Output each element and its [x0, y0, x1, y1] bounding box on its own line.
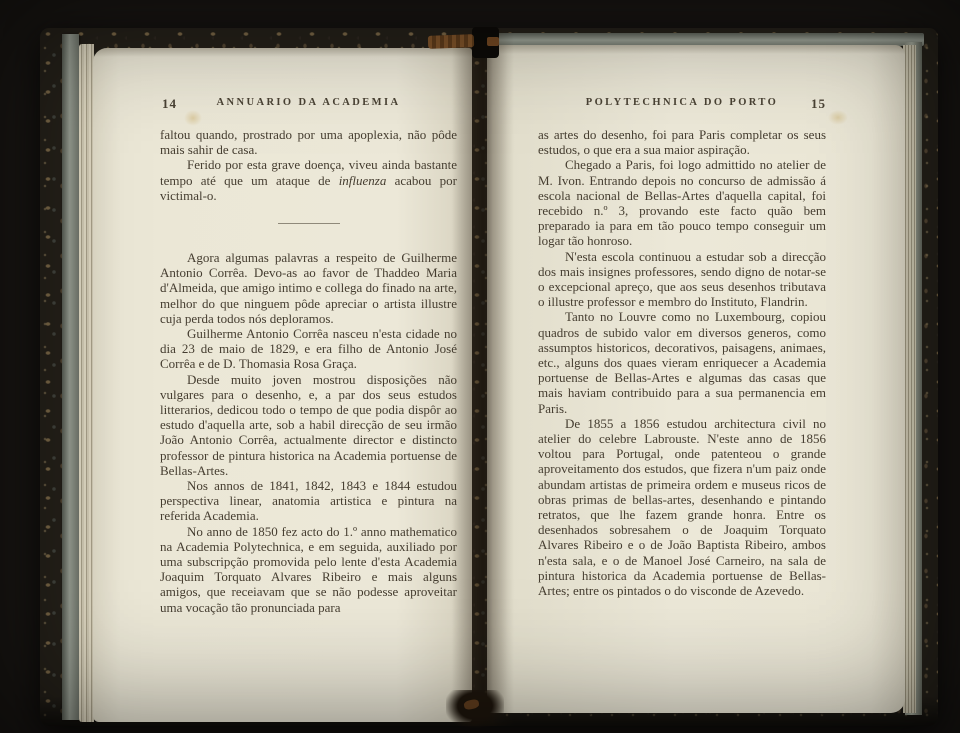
paragraph: No anno de 1850 fez acto do 1.º anno mat… [160, 524, 457, 615]
right-page: POLYTECHNICA DO PORTO 15 as artes do des… [487, 45, 905, 713]
paragraph: Tanto no Louvre como no Luxembourg, copi… [538, 309, 826, 415]
right-page-number: 15 [811, 96, 826, 112]
page-edge-stack-left [79, 44, 94, 722]
right-page-body: as artes do desenho, foi para Paris comp… [538, 127, 826, 598]
left-running-header: ANNUARIO DA ACADEMIA [160, 97, 457, 108]
spine-headband [428, 34, 474, 49]
right-page-header: POLYTECHNICA DO PORTO 15 [538, 96, 826, 111]
spine-notch-bottom [446, 690, 504, 728]
paragraph: as artes do desenho, foi para Paris comp… [538, 127, 826, 157]
board-edge-left [62, 34, 79, 720]
paragraph: Chegado a Paris, foi logo admittido no a… [538, 157, 826, 248]
right-running-header: POLYTECHNICA DO PORTO [538, 97, 826, 108]
section-divider [278, 223, 340, 224]
paragraph: De 1855 a 1856 estudou architectura civi… [538, 416, 826, 598]
paragraph: N'esta escola continuou a estudar sob a … [538, 249, 826, 310]
book-photo-stage: 14 ANNUARIO DA ACADEMIA faltou quando, p… [0, 0, 960, 733]
spine-headband-fragment [487, 37, 499, 46]
paragraph: Nos annos de 1841, 1842, 1843 e 1844 est… [160, 478, 457, 524]
paragraph: Desde muito joven mostrou disposições nã… [160, 372, 457, 478]
left-page-header: 14 ANNUARIO DA ACADEMIA [160, 96, 457, 111]
left-page: 14 ANNUARIO DA ACADEMIA faltou quando, p… [93, 48, 472, 722]
paragraph: Agora algumas palavras a respeito de Gui… [160, 250, 457, 326]
paragraph: Ferido por esta grave doença, viveu aind… [160, 157, 457, 203]
left-page-body: faltou quando, prostrado por uma apoplex… [160, 127, 457, 615]
paragraph: faltou quando, prostrado por uma apoplex… [160, 127, 457, 157]
paragraph: Guilherme Antonio Corrêa nasceu n'esta c… [160, 326, 457, 372]
